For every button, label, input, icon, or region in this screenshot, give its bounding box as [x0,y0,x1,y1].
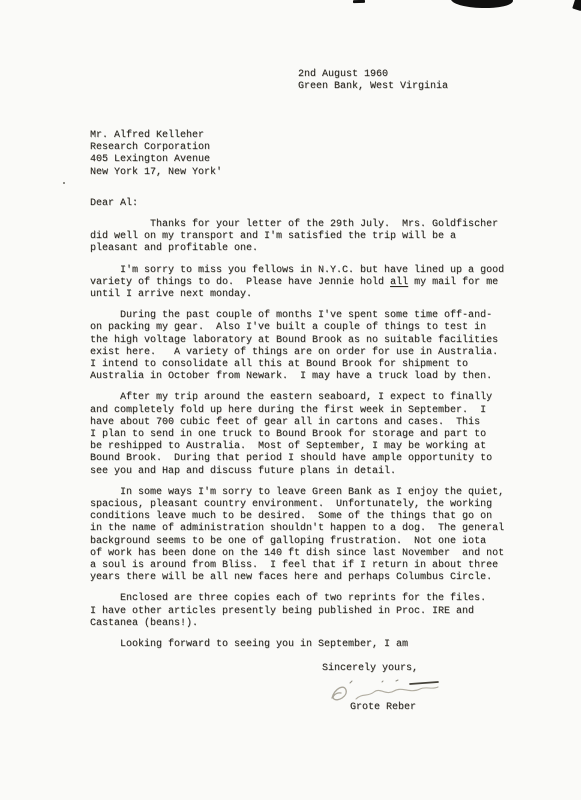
text-line: spacious, pleasant country environment. … [90,499,560,511]
recipient-address: Mr. Alfred KelleherResearch Corporation4… [90,130,222,179]
text-line: 405 Lexington Avenue [90,154,222,166]
text-line: I plan to send in one truck to Bound Bro… [90,429,560,441]
date-block: 2nd August 1960Green Bank, West Virginia [298,69,448,93]
text-line: years there will be all new faces here a… [90,572,560,584]
text-segment: my mail for me [408,277,498,288]
scan-artifact-edge [572,0,581,11]
text-line: on packing my gear. Also I've built a co… [90,322,560,334]
text-line: In some ways I'm sorry to leave Green Ba… [90,487,560,499]
text-line: Enclosed are three copies each of two re… [90,593,560,605]
scan-artifact-blob [451,0,513,9]
text-line: Australia in October from Newark. I may … [90,371,560,383]
text-line: Mr. Alfred Kelleher [90,130,222,142]
paragraph-nyc: I'm sorry to miss you fellows in N.Y.C. … [90,265,560,302]
text-line: I'm sorry to miss you fellows in N.Y.C. … [90,265,560,277]
text-line: pleasant and profitable one. [90,243,560,255]
text-line: until I arrive next monday. [90,289,560,301]
text-line: be reshipped to Australia. Most of Septe… [90,441,560,453]
text-line: exist here. A variety of things are on o… [90,347,560,359]
text-line: During the past couple of months I've sp… [90,310,560,322]
underlined-word: all [390,277,408,288]
text-line: background seems to be one of galloping … [90,536,560,548]
text-line: see you and Hap and discuss future plans… [90,466,560,478]
text-line: New York 17, New York' [90,167,222,179]
text-line: in the name of administration shouldn't … [90,523,560,535]
salutation: Dear Al: [90,198,138,210]
text-line: 2nd August 1960 [298,69,448,81]
letter-body: Thanks for your letter of the 29th July.… [90,219,560,722]
text-line: I intend to consolidate all this at Boun… [90,359,560,371]
text-line: conditions leave much to be desired. Som… [90,511,560,523]
letter-page: 2nd August 1960Green Bank, West Virginia… [0,0,581,800]
paragraph-packing: During the past couple of months I've sp… [90,310,560,383]
text-line: I have other articles presently being pu… [90,606,560,618]
signed-name: Grote Reber [350,702,416,714]
scan-artifact-dash [353,0,365,3]
paragraph-farewell: Looking forward to seeing you in Septemb… [90,639,560,651]
paragraph-green-bank: In some ways I'm sorry to leave Green Ba… [90,487,560,585]
closing: Sincerely yours, [322,663,560,675]
paragraph-thanks: Thanks for your letter of the 29th July.… [90,219,560,256]
text-segment: variety of things to do. Please have Jen… [90,277,390,288]
text-line: variety of things to do. Please have Jen… [90,277,560,289]
text-line: of work has been done on the 140 ft dish… [90,548,560,560]
scan-artifact-speck [63,182,65,184]
paragraph-enclosures: Enclosed are three copies each of two re… [90,593,560,630]
text-line: Thanks for your letter of the 29th July.… [90,219,560,231]
text-line: did well on my transport and I'm satisfi… [90,231,560,243]
text-line: have about 700 cubic feet of gear all in… [90,417,560,429]
text-line: After my trip around the eastern seaboar… [90,392,560,404]
text-line: Research Corporation [90,142,222,154]
signature-block: Grote Reber [90,676,560,722]
text-line: Bound Brook. During that period I should… [90,453,560,465]
text-line: Green Bank, West Virginia [298,81,448,93]
text-line: Castanea (beans!). [90,618,560,630]
text-line: the high voltage laboratory at Bound Bro… [90,335,560,347]
paragraph-september-plans: After my trip around the eastern seaboar… [90,392,560,477]
text-line: and completely fold up here during the f… [90,405,560,417]
text-line: a soul is around from Bliss. I feel that… [90,560,560,572]
